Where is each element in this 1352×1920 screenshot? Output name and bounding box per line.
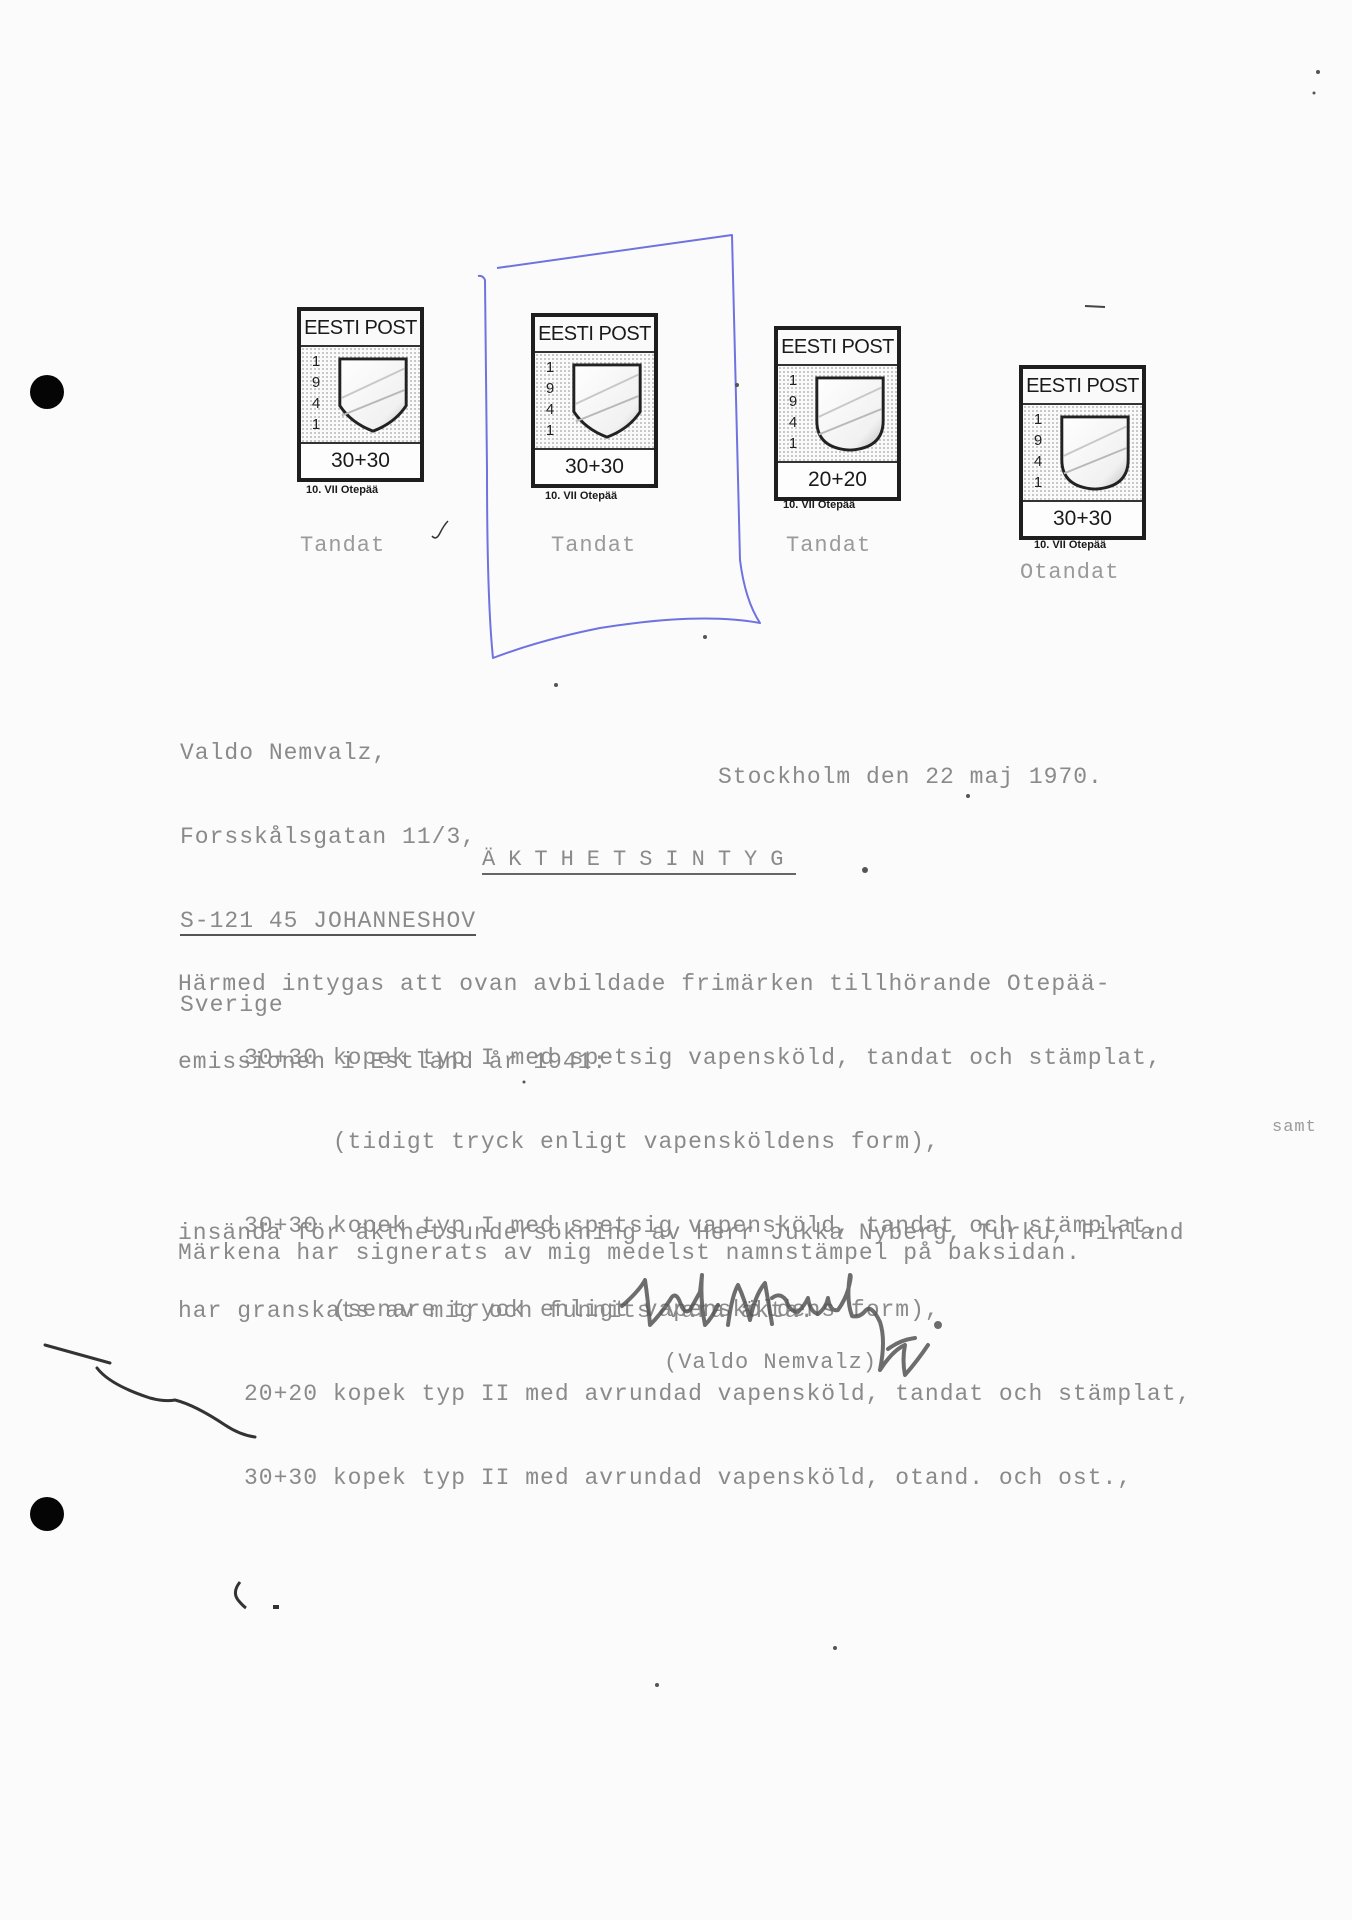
blue-frame: [478, 235, 760, 658]
check-mark: [432, 521, 448, 538]
pen-annotations: [0, 0, 1352, 1920]
handwritten-signature: [622, 1275, 940, 1375]
pen-stroke: [45, 1345, 255, 1437]
